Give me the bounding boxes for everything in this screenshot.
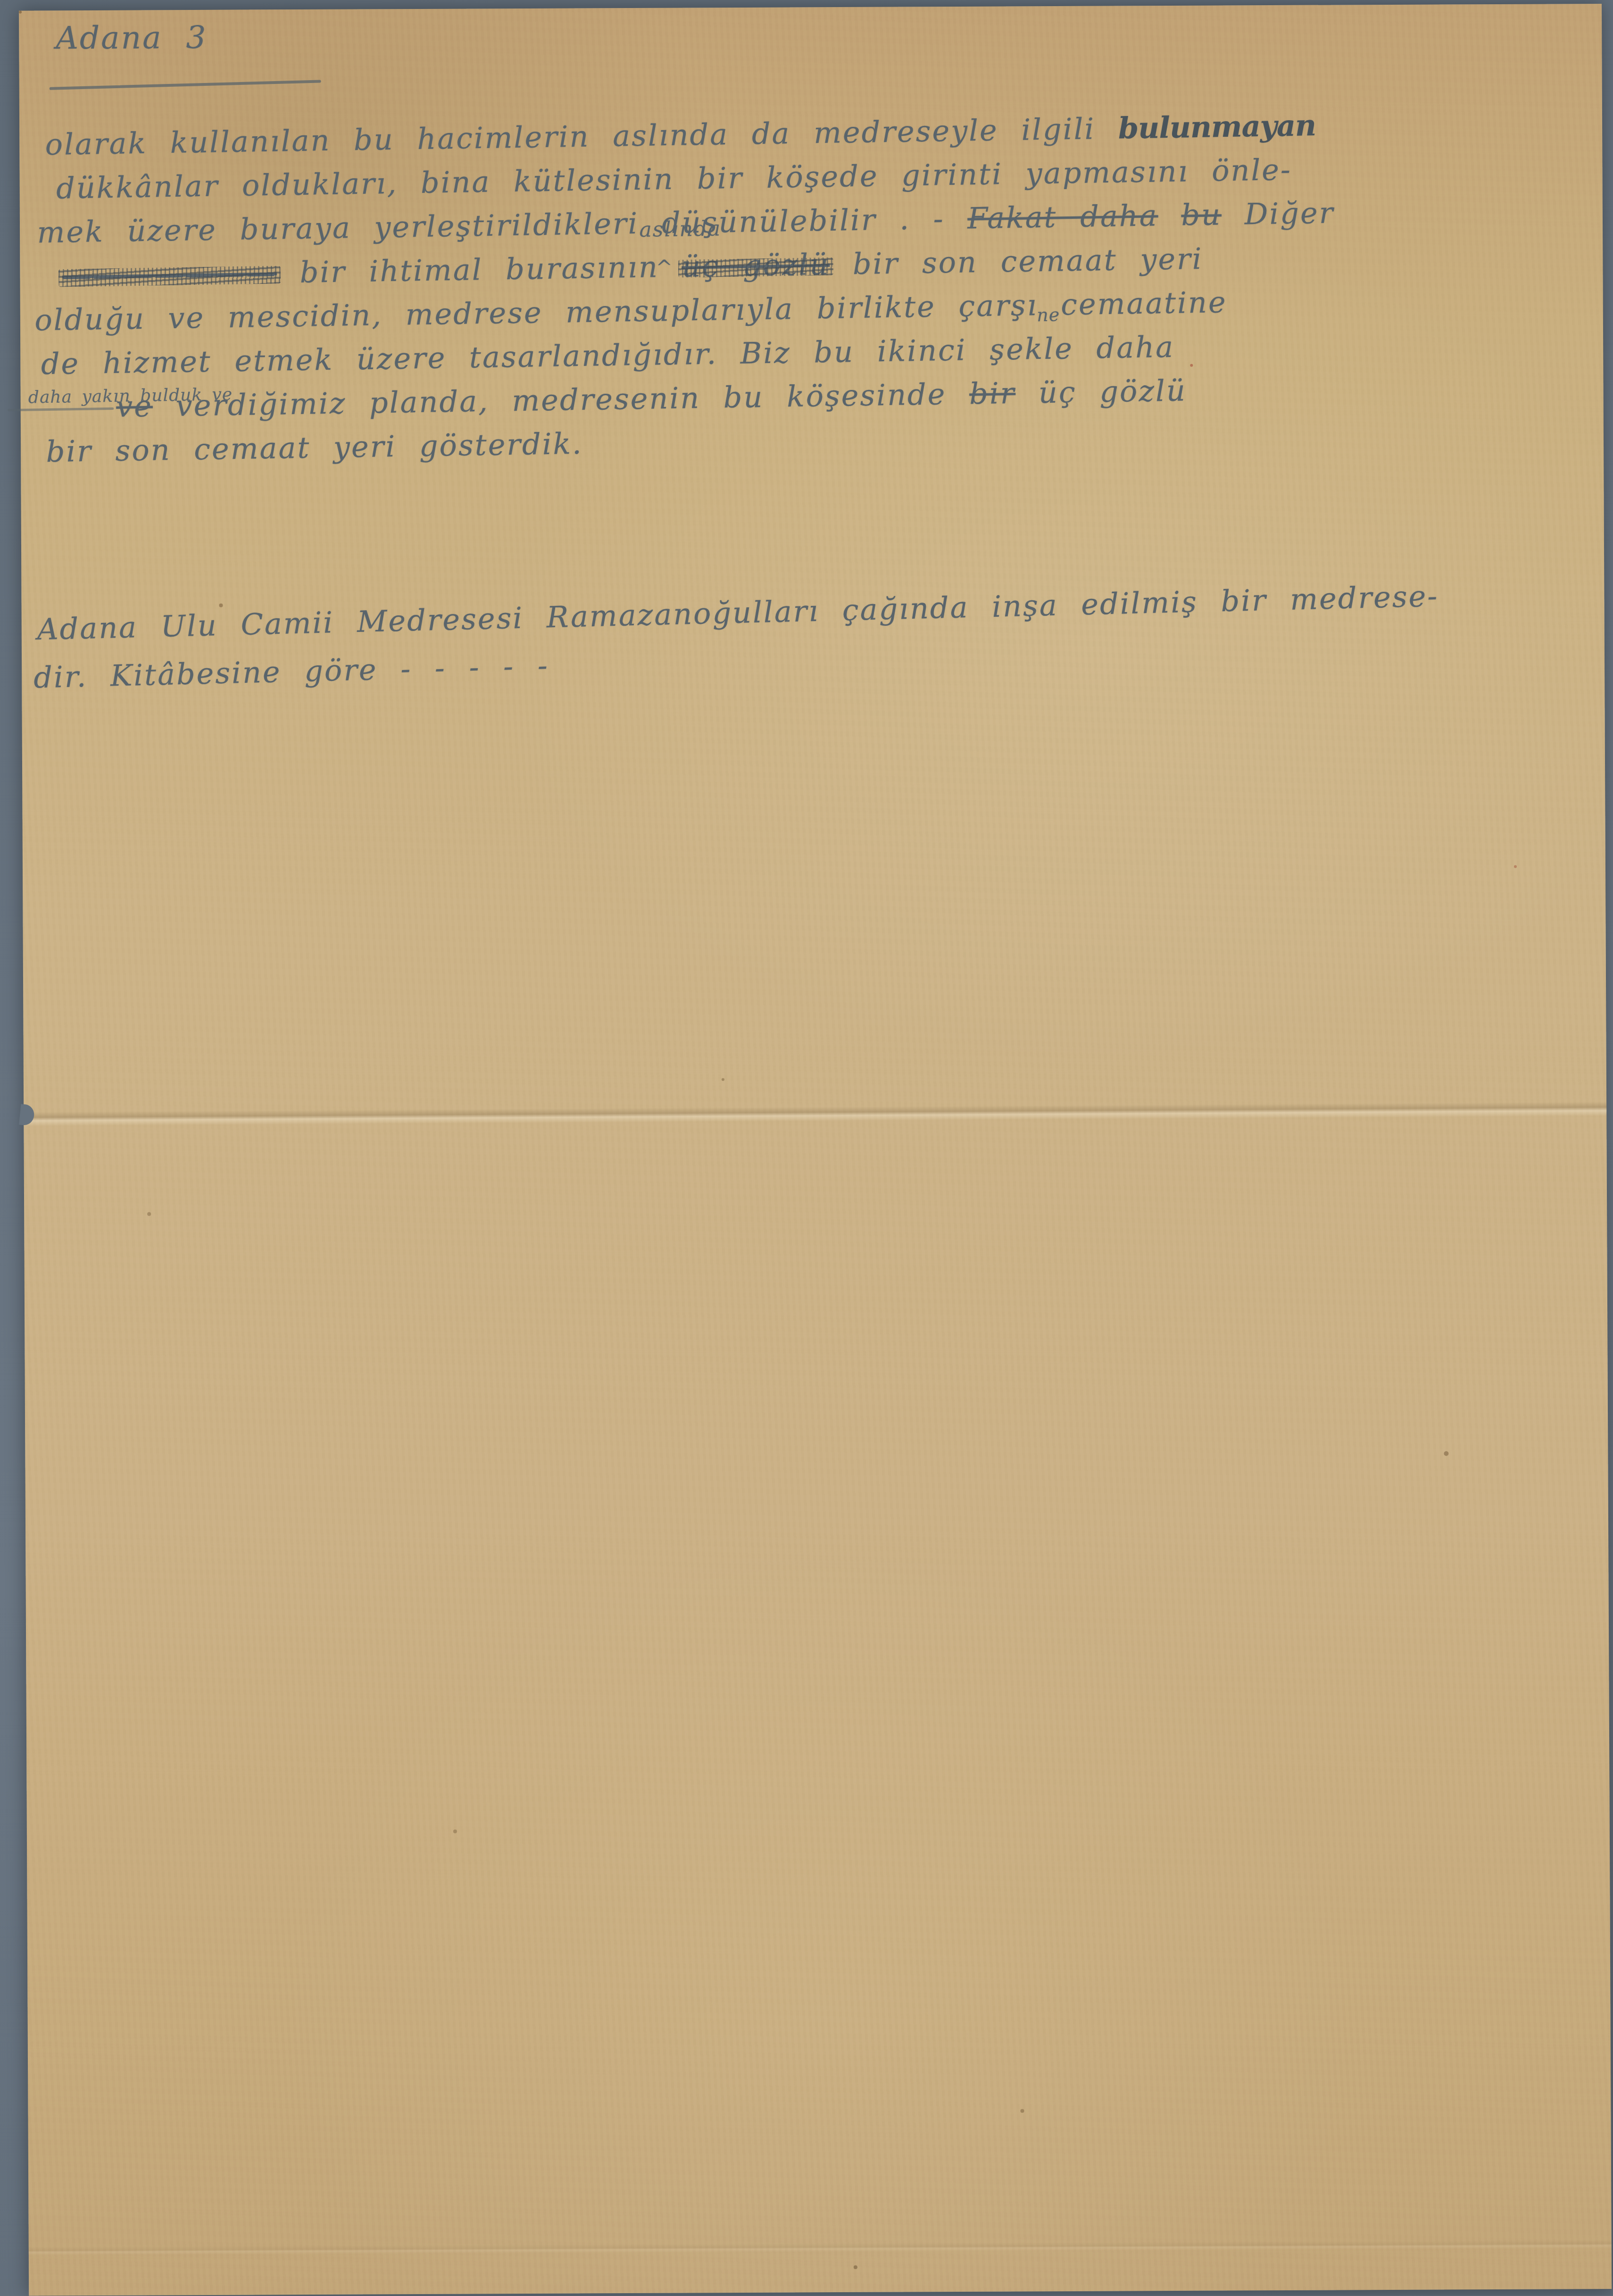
line3-end: Diğer [1221, 196, 1334, 232]
margin-insertion-note: daha yakın bulduk ve [28, 373, 233, 420]
page-heading: Adana 3 [56, 19, 207, 56]
scribbled-out-word: ——————— [62, 256, 277, 293]
scribbled-out-words: üç gözlü [682, 247, 830, 284]
para2-line2-text: dir. Kitâbesine göre - - - - - [33, 648, 549, 695]
paragraph-1: olarak kullanılan bu hacimlerin aslında … [32, 99, 1612, 474]
crossed-out-words: Fakat daha [967, 198, 1159, 235]
crossed-out-word: bu [1181, 197, 1222, 232]
line1-emphasized-word: bulunmayan [1118, 108, 1316, 145]
line4-end: bir son cemaat yeri [830, 241, 1203, 282]
line6-end: le daha [1044, 330, 1175, 366]
line8-text: bir son cemaat yeri gösterdik. [46, 426, 583, 469]
line7-end: üç gözlü [1015, 373, 1187, 410]
inserted-word: aslında [639, 207, 722, 252]
inserted-letters: ne [1037, 293, 1060, 337]
line4-text: bir ihtimal burasının [276, 249, 659, 290]
manuscript-paper: Adana 3 olarak kullanılan bu hacimlerin … [19, 4, 1612, 2296]
line7-text: verdiğimiz planda, medresenin bu köşesin… [152, 376, 969, 423]
paper-specks [19, 11, 22, 14]
insertion-caret: ^ [656, 245, 674, 290]
crossed-out-word: bir [969, 376, 1016, 411]
